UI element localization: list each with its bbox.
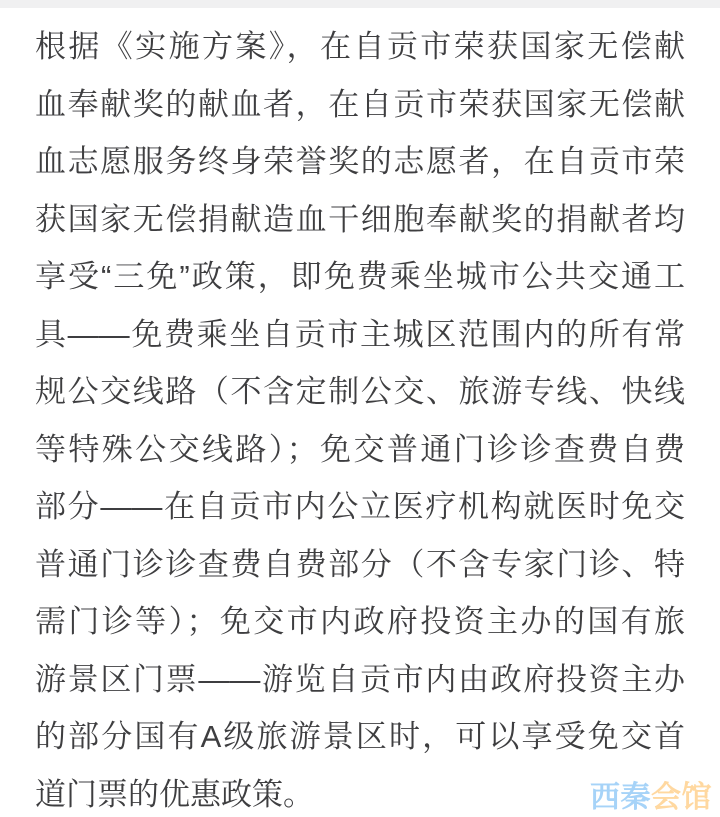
paragraph-line: 获国家无偿捐献造血干细胞奉献奖的捐献者均 xyxy=(35,191,685,249)
paragraph-line: 需门诊等）；免交市内政府投资主办的国有旅 xyxy=(35,593,685,651)
paragraph-line: 血志愿服务终身荣誉奖的志愿者，在自贡市荣 xyxy=(35,133,685,191)
paragraph-line: 血奉献奖的献血者，在自贡市荣获国家无偿献 xyxy=(35,76,685,134)
watermark-logo: 西秦会馆 xyxy=(590,781,712,814)
top-bar xyxy=(0,0,720,8)
watermark-text-orange: 会馆 xyxy=(651,781,712,814)
paragraph-line: 道门票的优惠政策。 xyxy=(35,766,685,817)
paragraph-line: 游景区门票——游览自贡市内由政府投资主办 xyxy=(35,651,685,709)
paragraph-line: 规公交线路（不含定制公交、旅游专线、快线 xyxy=(35,363,685,421)
paragraph-line: 享受“三免”政策，即免费乘坐城市公共交通工 xyxy=(35,248,685,306)
paragraph-line: 的部分国有A级旅游景区时，可以享受免交首 xyxy=(35,708,685,766)
paragraph-line: 普通门诊诊查费自费部分（不含专家门诊、特 xyxy=(35,536,685,594)
article-body: 根据《实施方案》，在自贡市荣获国家无偿献 血奉献奖的献血者，在自贡市荣获国家无偿… xyxy=(0,8,720,817)
paragraph-line: 等特殊公交线路）；免交普通门诊诊查费自费 xyxy=(35,421,685,479)
paragraph-line: 部分——在自贡市内公立医疗机构就医时免交 xyxy=(35,478,685,536)
paragraph-line: 具——免费乘坐自贡市主城区范围内的所有常 xyxy=(35,306,685,364)
watermark-text-blue: 西秦 xyxy=(590,781,651,814)
paragraph-line: 根据《实施方案》，在自贡市荣获国家无偿献 xyxy=(35,18,685,76)
